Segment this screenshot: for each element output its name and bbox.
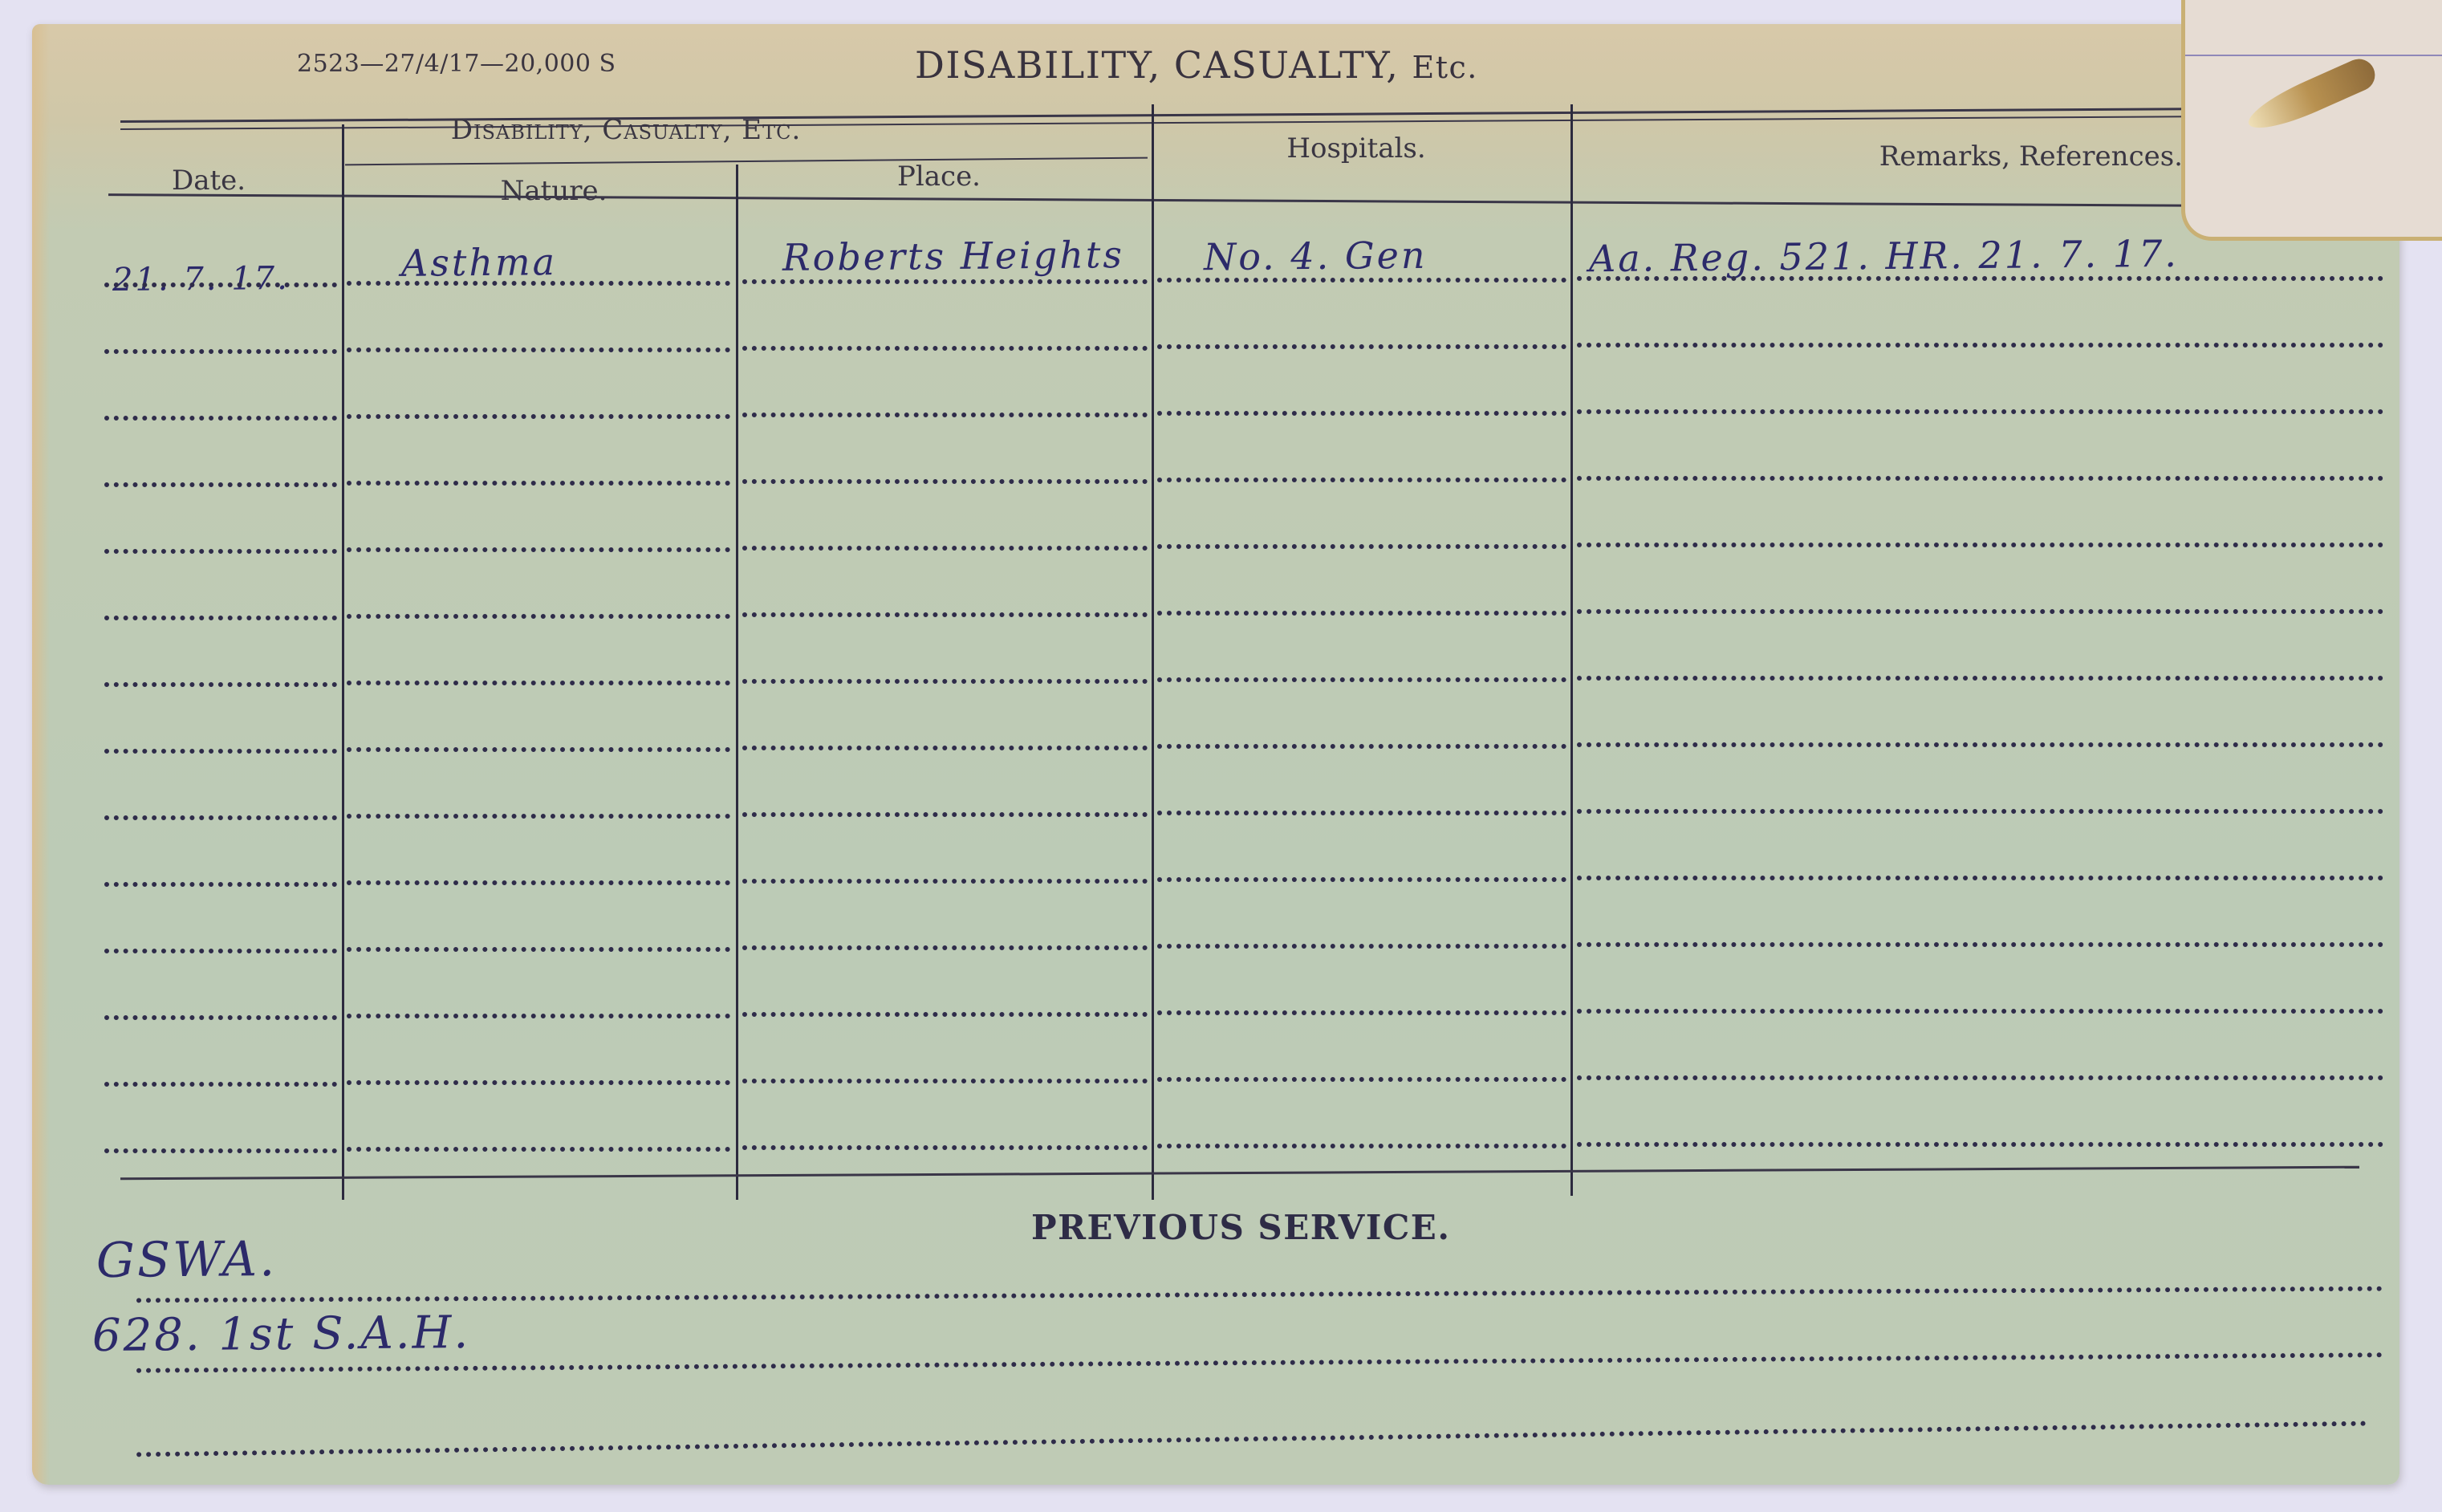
dotted-line	[1577, 476, 2383, 481]
dotted-line	[104, 349, 337, 354]
dotted-line	[1157, 1077, 1566, 1082]
dotted-line	[104, 416, 337, 421]
row1-nature: Asthma	[401, 240, 557, 285]
casualty-record-card: 2523—27/4/17—20,000 S DISABILITY, CASUAL…	[32, 24, 2399, 1485]
print-code: 2523—27/4/17—20,000 S	[297, 50, 616, 78]
dotted-line	[104, 282, 337, 287]
table-bottom-rule	[120, 1166, 2359, 1181]
header-place: Place.	[738, 161, 1140, 193]
tag-ruled-line	[2185, 55, 2442, 56]
dotted-line	[347, 614, 730, 619]
dotted-line	[104, 1082, 337, 1087]
dotted-line	[104, 549, 337, 554]
previous-service-dotted-line-3	[136, 1421, 2367, 1457]
dotted-line	[104, 882, 337, 887]
dotted-line	[347, 681, 730, 685]
dotted-line	[1157, 744, 1566, 749]
dotted-line	[742, 1145, 1148, 1150]
dotted-line	[347, 1147, 730, 1152]
dotted-line	[1577, 409, 2383, 414]
dotted-line	[742, 1079, 1148, 1083]
dotted-line	[742, 413, 1148, 417]
dotted-line	[347, 414, 730, 419]
col-line-place	[1152, 104, 1154, 1200]
header-nature: Nature.	[369, 175, 738, 207]
card-title-etc: Etc.	[1412, 50, 1478, 85]
dotted-line	[742, 546, 1148, 551]
dotted-line	[347, 1080, 730, 1085]
dotted-line	[347, 348, 730, 352]
dotted-line	[742, 1012, 1148, 1017]
dotted-line	[742, 812, 1148, 817]
dotted-line	[347, 880, 730, 885]
attached-paper-tag	[2181, 0, 2442, 241]
row1-hospitals: No. 4. Gen	[1204, 234, 1428, 278]
header-hospitals: Hospitals.	[1164, 132, 1549, 165]
row1-date: 21. 7. 17.	[112, 260, 290, 299]
dotted-line	[1157, 1144, 1566, 1148]
dotted-line	[742, 612, 1148, 617]
dotted-line	[104, 749, 337, 754]
dotted-line	[742, 279, 1148, 284]
card-title-main: DISABILITY, CASUALTY,	[915, 43, 1412, 87]
dotted-line	[104, 1148, 337, 1153]
header-remarks: Remarks, References.	[1637, 140, 2183, 173]
dotted-line	[1157, 811, 1566, 815]
header-date: Date.	[152, 165, 265, 197]
dotted-line	[742, 679, 1148, 684]
dotted-line	[1157, 411, 1566, 416]
dotted-line	[1577, 1142, 2383, 1147]
dotted-line	[1577, 676, 2383, 681]
dotted-line	[347, 1014, 730, 1018]
previous-service-title: PREVIOUS SERVICE.	[1031, 1208, 1450, 1247]
dotted-line	[1577, 1009, 2383, 1014]
dotted-line	[1577, 276, 2383, 281]
col-line-nature	[736, 165, 738, 1200]
header-group-label: Disability, Casualty, Etc.	[451, 114, 802, 146]
dotted-line	[1577, 543, 2383, 547]
dotted-line	[104, 1015, 337, 1020]
dotted-line	[1157, 944, 1566, 949]
previous-service-line-1: GSWA.	[96, 1231, 278, 1289]
previous-service-dotted-line-1	[136, 1286, 2383, 1303]
dotted-line	[1577, 876, 2383, 880]
col-line-date	[342, 124, 344, 1200]
row1-remarks: Aa. Reg. 521. HR. 21. 7. 17.	[1589, 232, 2179, 280]
dotted-line	[1157, 877, 1566, 882]
dotted-line	[104, 815, 337, 820]
dotted-line	[742, 479, 1148, 484]
dotted-line	[347, 547, 730, 552]
dotted-line	[347, 481, 730, 486]
dotted-line	[1157, 677, 1566, 682]
dotted-line	[104, 616, 337, 620]
dotted-line	[1157, 1010, 1566, 1015]
col-line-hospitals	[1570, 104, 1573, 1196]
dotted-line	[347, 281, 730, 286]
dotted-line	[1157, 611, 1566, 616]
dotted-line	[1577, 742, 2383, 747]
dotted-line	[1157, 544, 1566, 549]
dotted-line	[742, 879, 1148, 884]
dotted-line	[1577, 942, 2383, 947]
dotted-line	[104, 949, 337, 953]
card-title: DISABILITY, CASUALTY, Etc.	[915, 43, 1478, 87]
dotted-line	[1577, 1075, 2383, 1080]
previous-service-dotted-line-2	[136, 1352, 2383, 1373]
dotted-line	[1157, 344, 1566, 349]
dotted-line	[1577, 609, 2383, 614]
dotted-line	[347, 747, 730, 752]
dotted-line	[1157, 478, 1566, 482]
dotted-line	[1157, 278, 1566, 282]
dotted-line	[742, 346, 1148, 351]
dotted-line	[1577, 343, 2383, 348]
previous-service-line-2: 628. 1st S.A.H.	[92, 1307, 471, 1362]
dotted-line	[347, 814, 730, 819]
dotted-line	[1577, 809, 2383, 814]
dotted-line	[104, 482, 337, 487]
header-group-disability: Disability, Casualty, Etc.	[353, 114, 899, 146]
dotted-line	[347, 947, 730, 952]
dotted-line	[104, 682, 337, 687]
dotted-line	[742, 746, 1148, 750]
row1-place: Roberts Heights	[782, 233, 1124, 279]
dotted-line	[742, 945, 1148, 950]
